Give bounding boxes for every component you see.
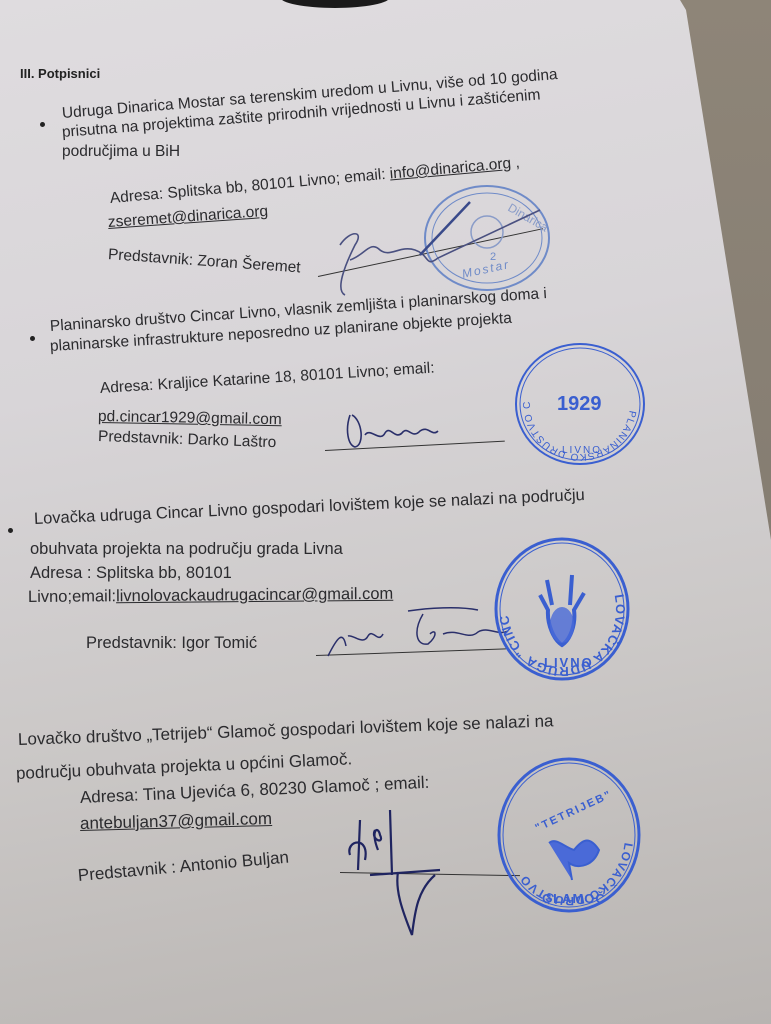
svg-text:1929: 1929 [557,393,602,415]
description-line: obuhvata projekta na području grada Livn… [30,540,343,559]
section-heading: III. Potpisnici [20,66,100,81]
description-line: područjima u BiH [62,143,180,161]
ld-tetrijeb-stamp: LOVAČKO DRUŠTVO "TETRIJEB" GLAMOČ [494,755,644,915]
lu-cincar-stamp: LOVAČKA UDRUGA "CINCAR" LIVNO [492,535,632,683]
signature-buljan [340,800,500,940]
address-line: Adresa : Splitska bb, 80101 [30,564,232,583]
svg-text:LIVNO: LIVNO [562,445,602,456]
svg-text:"TETRIJEB": "TETRIJEB" [533,788,614,834]
pd-cincar-stamp: PLANINARSKO DRUŠTVO CINCAR 1929 LIVNO [510,340,650,468]
svg-text:GLAMOČ: GLAMOČ [542,891,606,906]
bullet [8,528,13,533]
bullet [40,122,45,127]
signature-tomic [318,606,518,666]
representative-label: Predstavnik: Igor Tomić [86,634,257,653]
svg-text:LIVNO: LIVNO [544,655,594,670]
bullet [30,336,35,341]
signature-seremet [320,200,550,300]
email-link[interactable]: livnolovackaudrugacincar@gmail.com [116,585,393,605]
signature-lastro [340,405,450,455]
email-link[interactable]: pd.cincar1929@gmail.com [98,408,282,429]
email-line: Livno;email:livnolovackaudrugacincar@gma… [28,585,393,607]
